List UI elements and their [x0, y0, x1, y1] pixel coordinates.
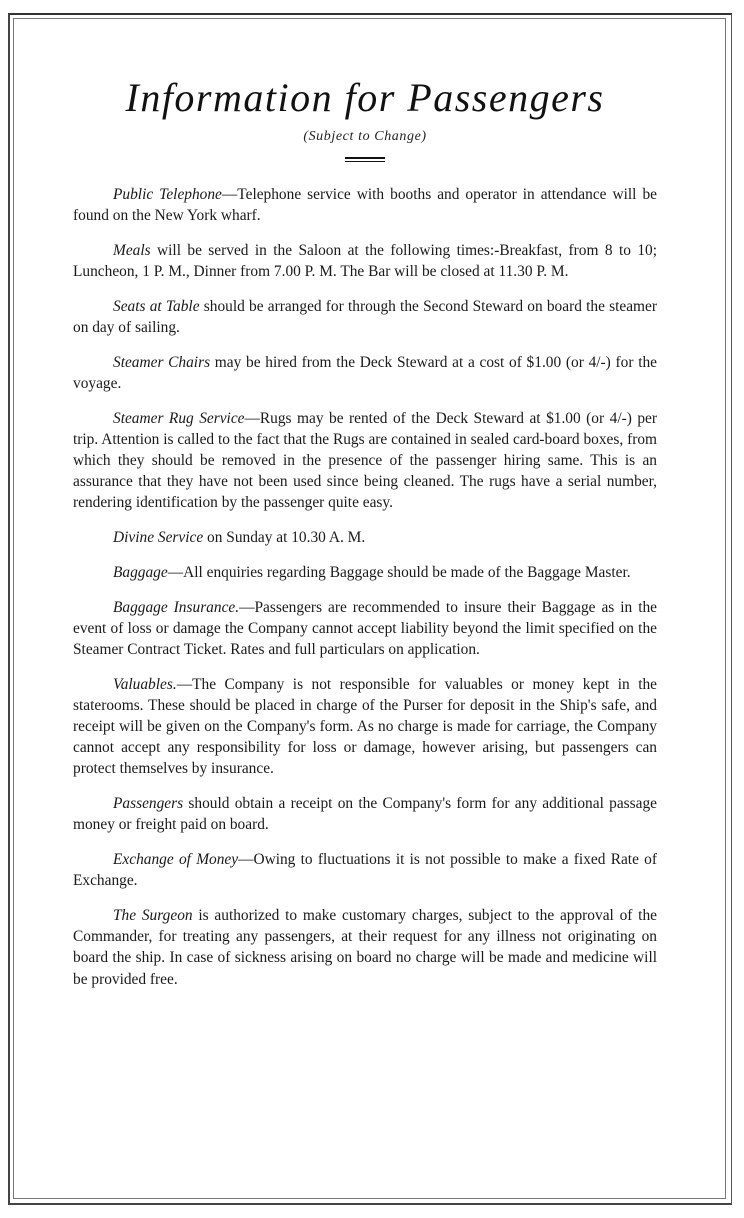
paragraph-divine-service: Divine Service on Sunday at 10.30 A. M.: [73, 527, 657, 548]
paragraph-baggage: Baggage—All enquiries regarding Baggage …: [73, 562, 657, 583]
paragraph-meals: Meals will be served in the Saloon at th…: [73, 240, 657, 282]
paragraph-lead: Public Telephone: [113, 186, 222, 203]
paragraph-the-surgeon: The Surgeon is authorized to make custom…: [73, 905, 657, 990]
paragraph-exchange-of-money: Exchange of Money—Owing to fluctuations …: [73, 849, 657, 891]
paragraph-lead: Passengers: [113, 795, 183, 812]
document-page: Information for Passengers (Subject to C…: [73, 60, 657, 1003]
paragraph-passengers-receipt: Passengers should obtain a receipt on th…: [73, 793, 657, 835]
paragraph-lead: Steamer Chairs: [113, 354, 210, 371]
document-title: Information for Passengers: [73, 74, 657, 121]
paragraph-lead: Baggage Insurance.: [113, 599, 239, 616]
paragraph-steamer-chairs: Steamer Chairs may be hired from the Dec…: [73, 352, 657, 394]
paragraph-public-telephone: Public Telephone—Telephone service with …: [73, 184, 657, 226]
document-subtitle: (Subject to Change): [73, 129, 657, 145]
paragraph-lead: Exchange of Money: [113, 851, 238, 868]
paragraph-baggage-insurance: Baggage Insurance.—Passengers are recomm…: [73, 597, 657, 661]
paragraph-seats-at-table: Seats at Table should be arranged for th…: [73, 296, 657, 338]
paragraph-body: will be served in the Saloon at the foll…: [73, 242, 657, 280]
paragraph-lead: Seats at Table: [113, 298, 200, 315]
paragraph-lead: Meals: [113, 242, 151, 259]
paragraph-lead: Valuables.: [113, 676, 177, 693]
paragraph-lead: Baggage: [113, 564, 168, 581]
paragraph-lead: Steamer Rug Service: [113, 410, 245, 427]
paragraph-lead: Divine Service: [113, 529, 203, 546]
paragraph-body: on Sunday at 10.30 A. M.: [203, 529, 365, 546]
paragraph-steamer-rug-service: Steamer Rug Service—Rugs may be rented o…: [73, 408, 657, 514]
paragraph-valuables: Valuables.—The Company is not responsibl…: [73, 674, 657, 780]
paragraph-body: —All enquiries regarding Baggage should …: [168, 564, 631, 581]
paragraph-lead: The Surgeon: [113, 907, 193, 924]
title-divider: [345, 157, 385, 162]
